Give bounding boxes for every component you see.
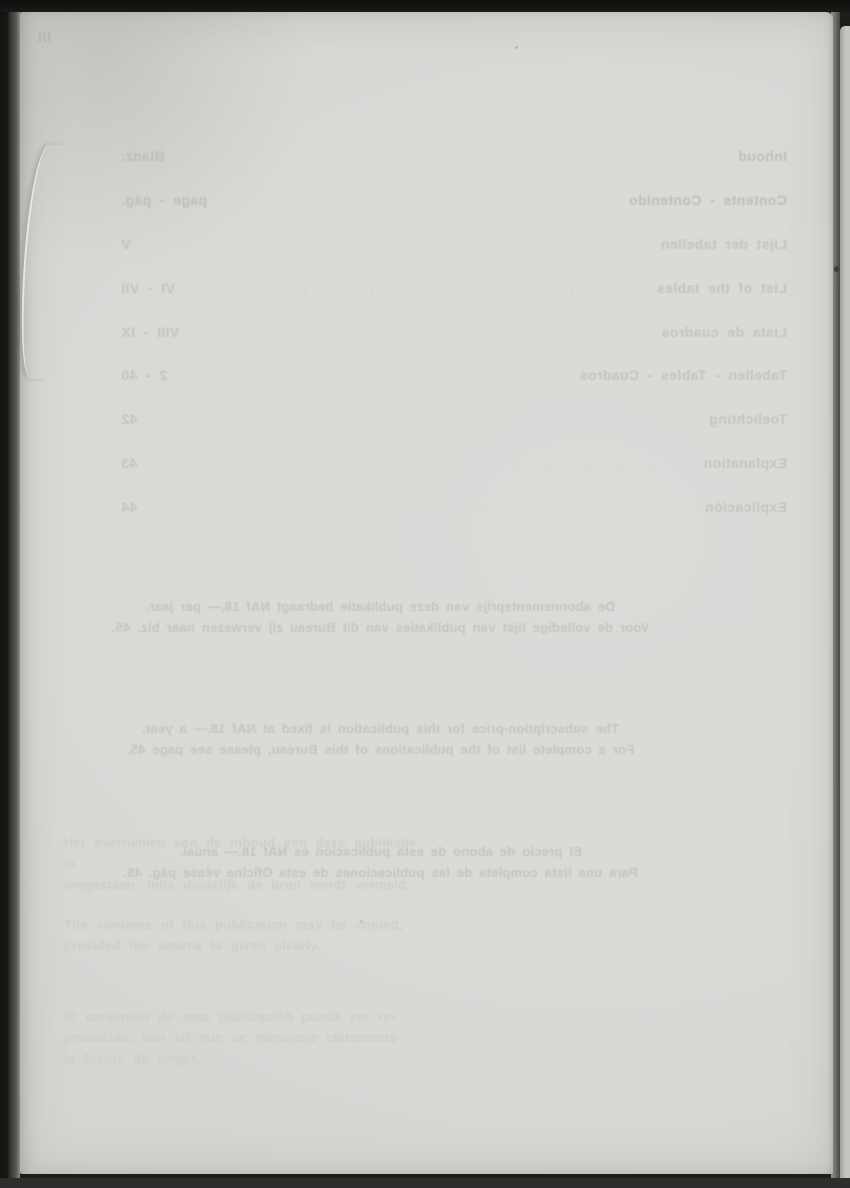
toc-entry-pageref: 2 - 40 xyxy=(121,367,241,383)
toc-entry-row: Toelichting . . . . . . . . . . . . . . … xyxy=(121,411,787,455)
toc-entry-label: Explicación xyxy=(705,499,787,515)
toc-entry-pageref: VI - VII xyxy=(121,280,241,296)
note-line: The contents of this publication may be … xyxy=(64,914,424,935)
subscription-note-dutch: De abonnementsprijs van deze publikatie … xyxy=(20,596,833,638)
note-line: De abonnementsprijs van deze publikatie … xyxy=(20,596,741,617)
toc-entry-row: Lijst der tabellen . . . . . . . . . . .… xyxy=(121,236,787,280)
underlying-page-edge xyxy=(840,26,850,1182)
toc-entry-row: List of the tables . . . . . . . . . . .… xyxy=(121,280,787,324)
showthrough-mirrored-layer: III Inhoud Bladz. Contents - Contenido p… xyxy=(20,12,833,1174)
dots-leader: . . . . . . . . . . . . . . . . . . . . … xyxy=(287,412,659,427)
toc-entry-row: Explanation . . . . . . . . . . . . . . … xyxy=(121,455,787,499)
book-spine-edge xyxy=(0,0,20,1188)
note-line: toegestaan, mits duidelijk de bron wordt… xyxy=(64,874,424,895)
note-line: For a complete list of the publications … xyxy=(20,739,741,760)
toc-entry-label: Explanation xyxy=(703,455,787,471)
toc-entry-pageref: 43 xyxy=(121,455,241,471)
toc-header-row: Contents - Contenido page - pág. xyxy=(121,192,787,236)
dots-leader: . . . . . . . . . . . . . . . . . . . . … xyxy=(287,500,655,515)
note-line: The subscription-price for this publicat… xyxy=(20,718,741,739)
note-line: Voor de volledige lijst van publikaties … xyxy=(20,617,741,638)
dots-leader: . . . . . . . . . . . . . . . . . . . . … xyxy=(287,325,611,340)
toc-entry-row: Explicación . . . . . . . . . . . . . . … xyxy=(121,499,787,543)
scan-speck xyxy=(834,266,839,272)
toc-header-label: Contents - Contenido xyxy=(629,192,787,208)
toc-entry-row: Lista de cuadros . . . . . . . . . . . .… xyxy=(121,324,787,368)
blank-verso-page: III Inhoud Bladz. Contents - Contenido p… xyxy=(20,12,833,1174)
note-line: El contenido de esta publicación puede s… xyxy=(64,1006,424,1027)
note-line: la fuente de origen. xyxy=(64,1048,424,1069)
toc-entry-label: Lijst der tabellen xyxy=(661,236,787,252)
toc-header-row: Inhoud Bladz. xyxy=(121,148,787,192)
note-line: provided the source is given clearly. xyxy=(64,935,424,956)
table-of-contents: Inhoud Bladz. Contents - Contenido page … xyxy=(121,148,787,543)
page-number: III xyxy=(37,30,51,45)
toc-header-ref: page - pág. xyxy=(121,192,241,208)
reproduction-note-spanish: El contenido de esta publicación puede s… xyxy=(64,1006,424,1069)
reproduction-note-dutch: Het overnemen van de inhoud van deze pub… xyxy=(64,832,424,895)
subscription-note-english: The subscription-price for this publicat… xyxy=(20,718,833,760)
toc-header-label: Inhoud xyxy=(738,148,787,164)
dots-leader: . . . . . . . . . . . . . . . . . . . . … xyxy=(287,281,607,296)
book-edge-top xyxy=(0,0,850,12)
dots-leader: . . . . . . . . . . . . . . . . . . . . … xyxy=(287,237,611,252)
toc-entry-label: Tabellen - Tables - Cuadros xyxy=(579,367,787,383)
toc-entry-pageref: VIII - IX xyxy=(121,324,241,340)
toc-entry-pageref: 44 xyxy=(121,499,241,515)
toc-entry-label: Lista de cuadros xyxy=(661,324,787,340)
toc-entry-label: Toelichting xyxy=(709,411,787,427)
toc-entry-row: Tabellen - Tables - Cuadros . . . . . . … xyxy=(121,367,787,411)
toc-entry-pageref: V xyxy=(121,236,241,252)
toc-header-ref: Bladz. xyxy=(121,148,241,164)
toc-entry-pageref: 42 xyxy=(121,411,241,427)
note-line: producido, con tal que se mencione clara… xyxy=(64,1027,424,1048)
reproduction-note-english: The contents of this publication may be … xyxy=(64,914,424,956)
dots-leader: . . . . . . . . . . . . . . . . . . . . … xyxy=(287,368,529,383)
toc-entry-label: List of the tables xyxy=(657,280,787,296)
note-line: Het overnemen van de inhoud van deze pub… xyxy=(64,832,424,874)
dots-leader: . . . . . . . . . . . . . . . . . . . . … xyxy=(287,456,653,471)
scanned-book-page-photo: III Inhoud Bladz. Contents - Contenido p… xyxy=(0,0,850,1188)
book-edge-bottom xyxy=(0,1178,850,1188)
